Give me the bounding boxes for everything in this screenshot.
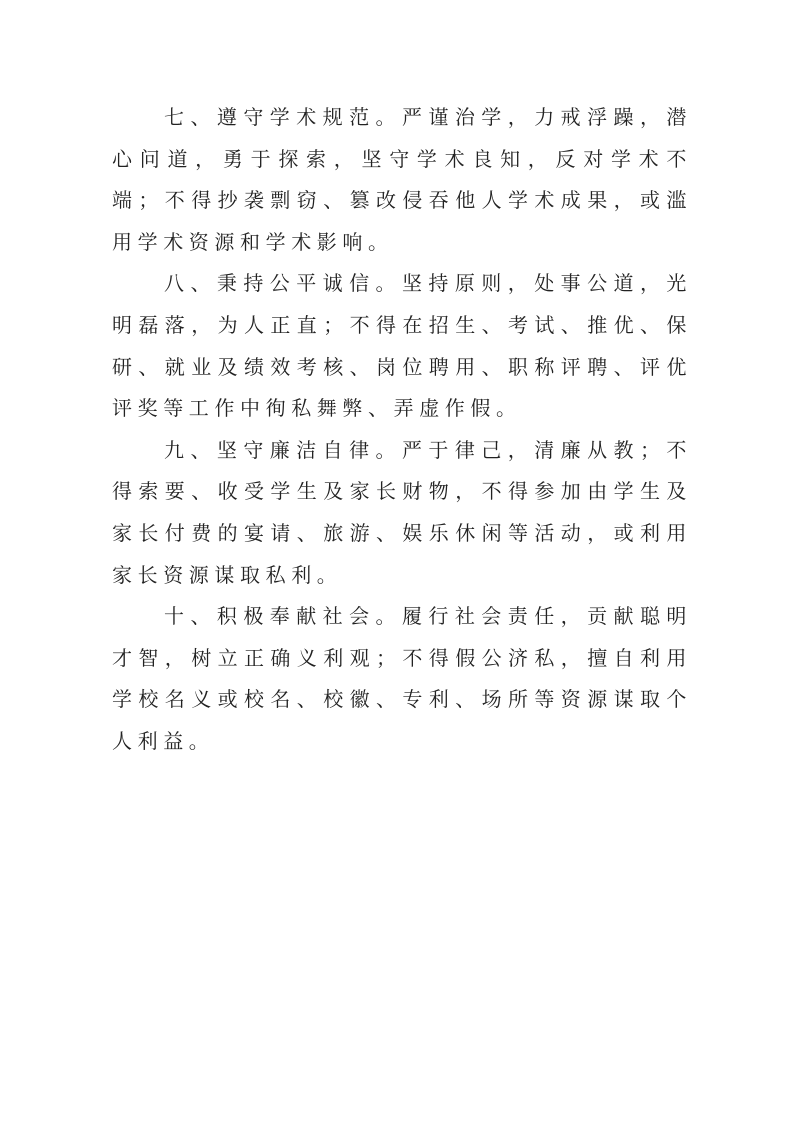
paragraph-item-9: 九、坚守廉洁自律。严于律己，清廉从教；不得索要、收受学生及家长财物，不得参加由学…: [112, 430, 692, 596]
document-body: 七、遵守学术规范。严谨治学，力戒浮躁，潜心问道，勇于探索，坚守学术良知，反对学术…: [112, 97, 692, 763]
document-page: 七、遵守学术规范。严谨治学，力戒浮躁，潜心问道，勇于探索，坚守学术良知，反对学术…: [0, 0, 793, 1122]
paragraph-item-7: 七、遵守学术规范。严谨治学，力戒浮躁，潜心问道，勇于探索，坚守学术良知，反对学术…: [112, 97, 692, 263]
paragraph-item-10: 十、积极奉献社会。履行社会责任，贡献聪明才智，树立正确义利观；不得假公济私，擅自…: [112, 596, 692, 762]
paragraph-item-8: 八、秉持公平诚信。坚持原则，处事公道，光明磊落，为人正直；不得在招生、考试、推优…: [112, 263, 692, 429]
